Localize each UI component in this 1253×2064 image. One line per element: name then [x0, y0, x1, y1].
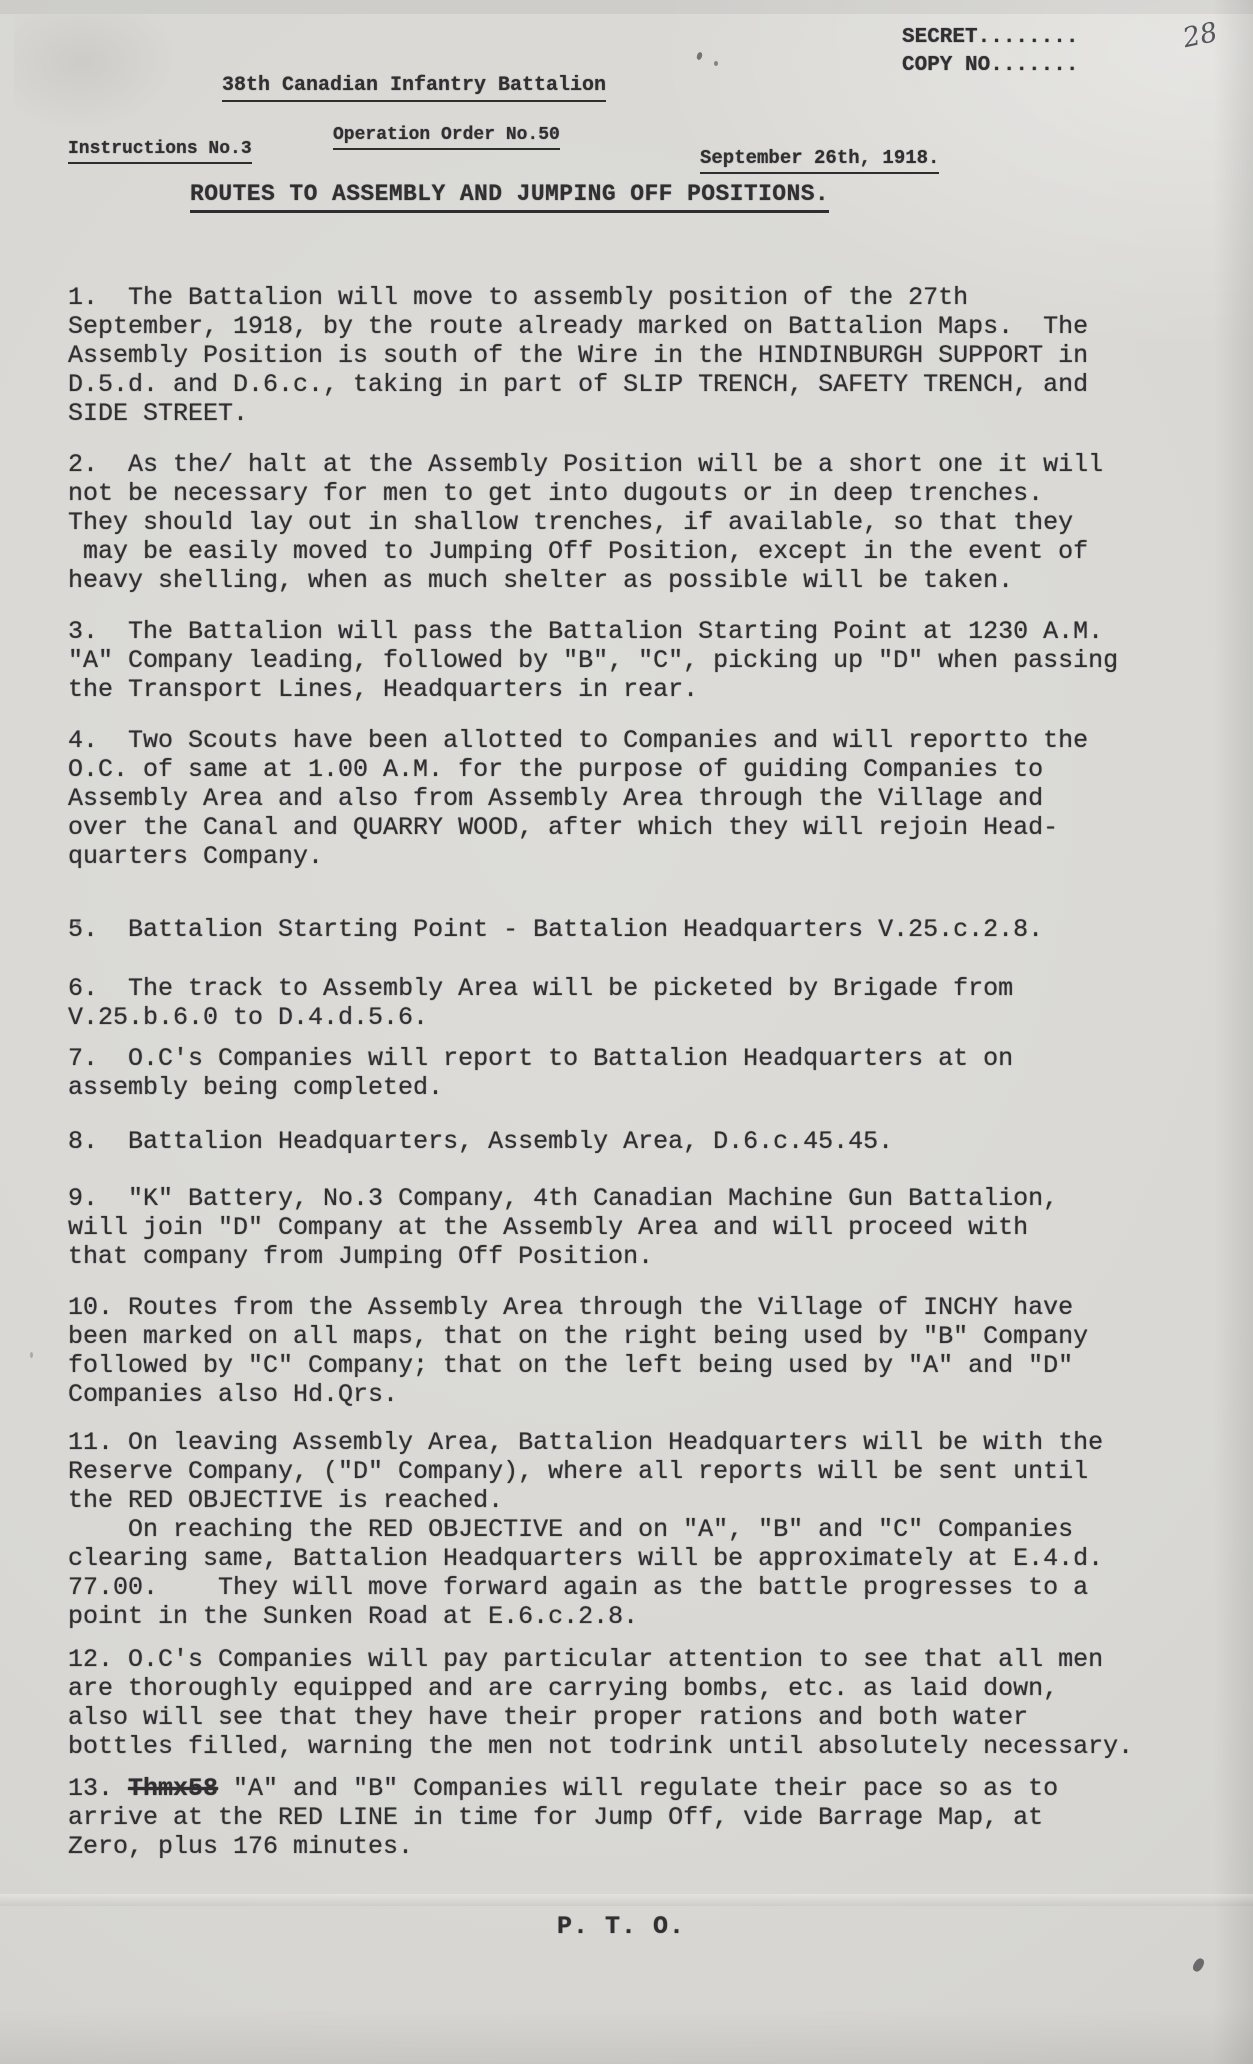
paragraph-1: 1. The Battalion will move to assembly p… — [68, 283, 1218, 428]
scan-edge-shadow — [1213, 0, 1253, 2064]
paragraph-number: 13. — [68, 1774, 113, 1803]
paragraph-text: The track to Assembly Area will be picke… — [68, 974, 1013, 1032]
paragraph-text: On leaving Assembly Area, Battalion Head… — [68, 1428, 1103, 1631]
struck-out-text: Thmx58 — [128, 1774, 218, 1803]
paragraph-number: 7. — [68, 1044, 98, 1073]
paragraph-2: 2. As the/ halt at the Assembly Position… — [68, 450, 1218, 595]
paragraph-3: 3. The Battalion will pass the Battalion… — [68, 617, 1218, 704]
paragraph-number: 8. — [68, 1127, 98, 1156]
scan-smudge — [14, 14, 184, 134]
ink-speck — [696, 51, 703, 60]
copy-number-label: COPY NO....... — [902, 52, 1078, 80]
paragraph-number: 11. — [68, 1428, 113, 1457]
paragraph-10: 10. Routes from the Assembly Area throug… — [68, 1293, 1218, 1409]
paragraph-number: 10. — [68, 1293, 113, 1322]
paragraph-text: The Battalion will pass the Battalion St… — [68, 617, 1118, 704]
paragraph-number: 2. — [68, 450, 98, 479]
paragraph-number: 5. — [68, 915, 98, 944]
order-body: 1. The Battalion will move to assembly p… — [68, 283, 1218, 1861]
paragraph-number: 9. — [68, 1184, 98, 1213]
section-heading: ROUTES TO ASSEMBLY AND JUMPING OFF POSIT… — [190, 181, 829, 213]
paragraph-number: 4. — [68, 726, 98, 755]
paragraph-text: Battalion Starting Point - Battalion Hea… — [98, 915, 1043, 944]
paragraph-text: Routes from the Assembly Area through th… — [68, 1293, 1088, 1409]
paragraph-text: "K" Battery, No.3 Company, 4th Canadian … — [68, 1184, 1058, 1271]
classification-block: SECRET........ COPY NO....... — [902, 24, 1078, 80]
handwritten-page-number: 28 — [1180, 17, 1220, 54]
paragraph-11: 11. On leaving Assembly Area, Battalion … — [68, 1428, 1218, 1631]
ink-speck — [714, 61, 718, 66]
ink-speck — [1191, 1957, 1206, 1974]
scan-edge-shadow — [0, 0, 1253, 14]
paragraph-number: 3. — [68, 617, 98, 646]
paragraph-6: 6. The track to Assembly Area will be pi… — [68, 974, 1218, 1032]
battalion-title: 38th Canadian Infantry Battalion — [222, 74, 606, 102]
paragraph-number: 6. — [68, 974, 98, 1003]
paragraph-8: 8. Battalion Headquarters, Assembly Area… — [68, 1127, 1218, 1156]
pto-footer: P. T. O. — [557, 1912, 685, 1941]
instructions-number: Instructions No.3 — [68, 139, 252, 164]
ink-speck — [30, 1352, 33, 1358]
paragraph-number: 12. — [68, 1645, 113, 1674]
paragraph-5: 5. Battalion Starting Point - Battalion … — [68, 915, 1218, 944]
paragraph-text: Battalion Headquarters, Assembly Area, D… — [98, 1127, 893, 1156]
paragraph-13: 13. Thmx58 "A" and "B" Companies will re… — [68, 1774, 1218, 1861]
paragraph-number: 1. — [68, 283, 98, 312]
scan-edge-shadow — [0, 2008, 1253, 2064]
operation-order-title: Operation Order No.50 — [333, 125, 560, 150]
document-page: 28 SECRET........ COPY NO....... 38th Ca… — [0, 0, 1253, 2064]
paragraph-text: The Battalion will move to assembly posi… — [68, 283, 1088, 428]
paragraph-12: 12. O.C's Companies will pay particular … — [68, 1645, 1218, 1761]
paragraph-7: 7. O.C's Companies will report to Battal… — [68, 1044, 1218, 1102]
paragraph-gap — [113, 1774, 128, 1803]
secret-label: SECRET........ — [902, 24, 1078, 52]
order-date: September 26th, 1918. — [700, 147, 939, 174]
paragraph-4: 4. Two Scouts have been allotted to Comp… — [68, 726, 1218, 871]
paragraph-9: 9. "K" Battery, No.3 Company, 4th Canadi… — [68, 1184, 1218, 1271]
paragraph-text: As the/ halt at the Assembly Position wi… — [68, 450, 1103, 595]
paragraph-text: O.C's Companies will pay particular atte… — [68, 1645, 1133, 1761]
paragraph-text: O.C's Companies will report to Battalion… — [68, 1044, 1013, 1102]
paper-crease — [0, 1894, 1253, 1906]
paragraph-text: Two Scouts have been allotted to Compani… — [68, 726, 1088, 871]
